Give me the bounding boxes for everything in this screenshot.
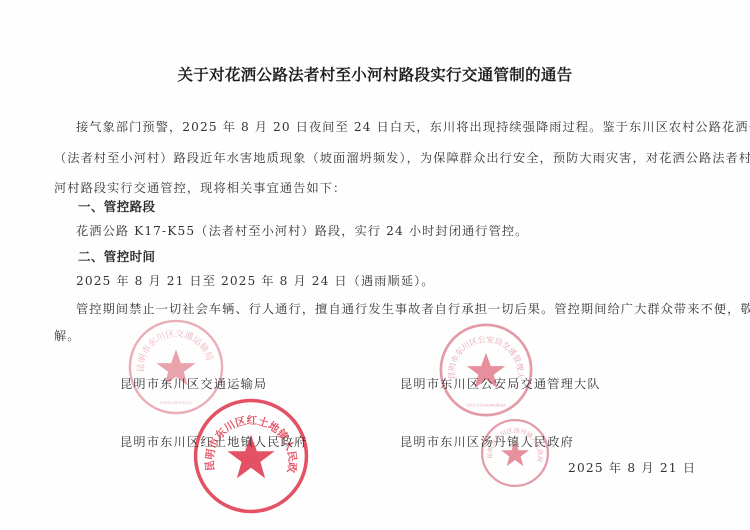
intro-line-2: （法者村至小河村）路段近年水害地质现象（坡面溜坍频发），为保障群众出行安全，预防… — [54, 149, 750, 166]
section-body-time: 2025 年 8 月 21 日至 2025 年 8 月 24 日（遇雨顺延）。 — [76, 272, 435, 289]
intro-line-3: 河村路段实行交通管控，现将相关事宜通告如下： — [54, 179, 346, 196]
section-heading-road: 一、管控路段 — [78, 197, 155, 215]
seal-star-icon: 昆明市东川区红土地镇人民政府 — [192, 397, 310, 515]
svg-text:5301130001121: 5301130001121 — [160, 400, 192, 405]
issue-date: 2025 年 8 月 21 日 — [568, 459, 696, 476]
signatory-traffic-police: 昆明市东川区公安局交通管理大队 — [400, 375, 601, 392]
official-seal-traffic-police: 昆明市东川区公安局交通管理大队 5301131095864043 — [438, 322, 534, 418]
official-seal-hongtudi-town: 昆明市东川区红土地镇人民政府 — [192, 397, 310, 515]
intro-line-1: 接气象部门预警，2025 年 8 月 20 日夜间至 24 日白天，东川将出现持… — [76, 118, 750, 135]
closing-line-1: 管控期间禁止一切社会车辆、行人通行，擅自通行发生事故者自行承担一切后果。管控期间… — [76, 300, 750, 317]
closing-line-2: 解。 — [54, 327, 81, 344]
signatory-tangdan-town: 昆明市东川区汤丹镇人民政府 — [400, 433, 574, 450]
document-title: 关于对花洒公路法者村至小河村路段实行交通管制的通告 — [0, 63, 750, 85]
signatory-transport-bureau: 昆明市东川区交通运输局 — [120, 375, 267, 392]
seal-star-icon: 昆明市东川区公安局交通管理大队 5301131095864043 — [438, 322, 534, 418]
section-body-road: 花洒公路 K17-K55（法者村至小河村）路段，实行 24 小时封闭通行管控。 — [76, 222, 528, 239]
seal-star-icon: 昆明市东川区汤丹镇人民政府 — [480, 418, 550, 488]
notice-document: 关于对花洒公路法者村至小河村路段实行交通管制的通告 接气象部门预警，2025 年… — [0, 0, 750, 530]
section-heading-time: 二、管控时间 — [78, 247, 155, 265]
official-seal-tangdan-town: 昆明市东川区汤丹镇人民政府 — [480, 418, 550, 488]
svg-text:5301131095864043: 5301131095864043 — [467, 402, 507, 407]
signatory-hongtudi-town: 昆明市东川区红土地镇人民政府 — [120, 433, 307, 450]
